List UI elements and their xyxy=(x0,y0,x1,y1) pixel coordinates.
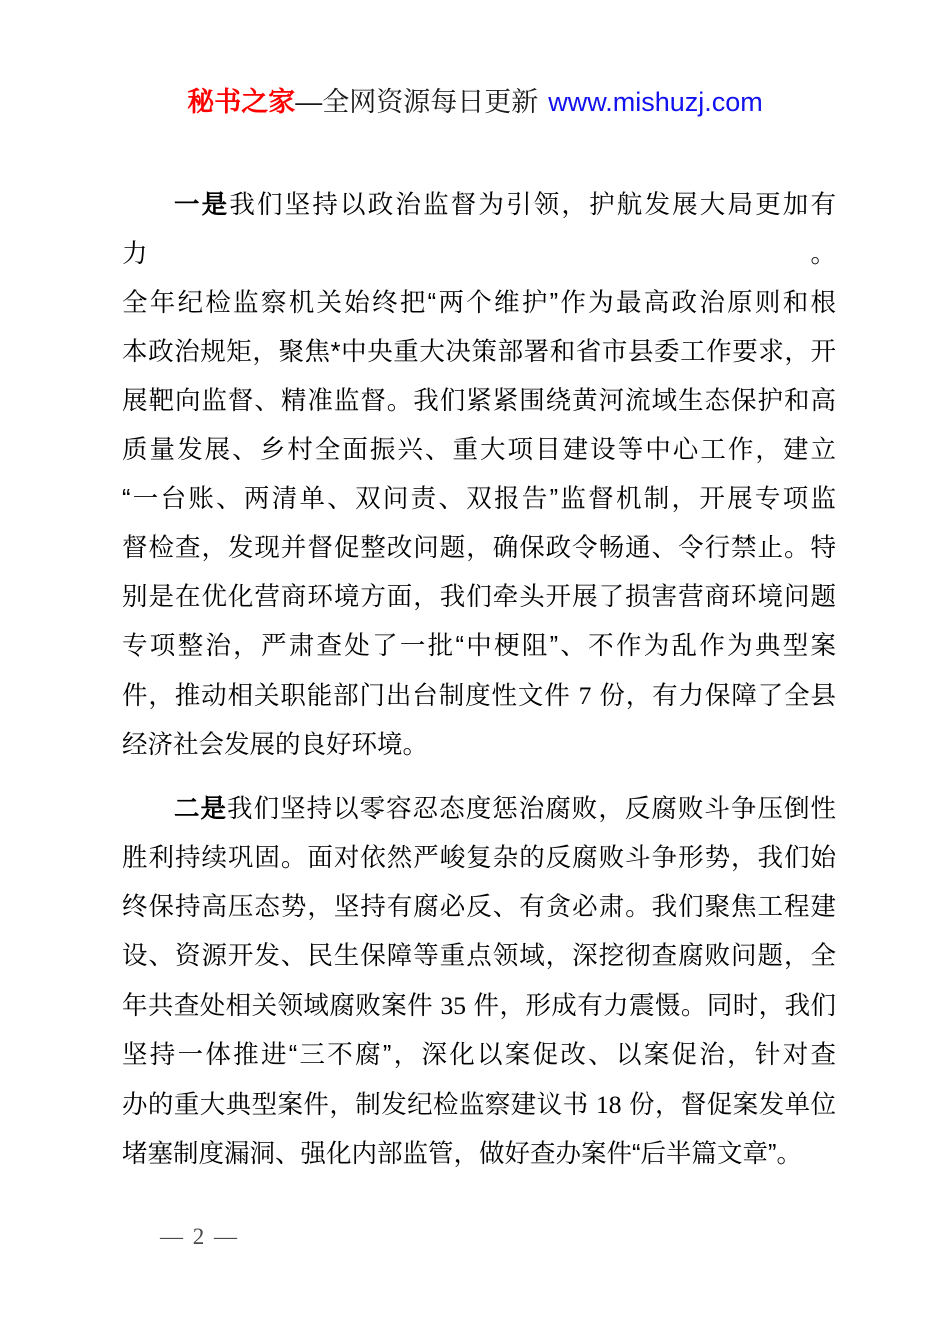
site-url-link[interactable]: www.mishuzj.com xyxy=(548,87,763,117)
site-header: 秘书之家—全网资源每日更新www.mishuzj.com xyxy=(0,84,950,120)
bold-lead: 一是 xyxy=(174,191,229,219)
text-line: 设、资源开发、民生保障等重点领域，深挖彻查腐败问题，全 xyxy=(122,932,836,981)
text-line: 件，推动相关职能部门出台制度性文件 7 份，有力保障了全县 xyxy=(122,671,836,721)
text-line: 专项整治，严肃查处了一批“中梗阻”、不作为乱作为典型案 xyxy=(122,622,836,671)
text-line: 一是我们坚持以政治监督为引领，护航发展大局更加有力。 xyxy=(122,181,836,279)
bold-lead: 二是 xyxy=(174,795,227,823)
text-line: 年共查处相关领域腐败案件 35 件，形成有力震慑。同时，我们 xyxy=(122,981,836,1031)
site-tagline: 全网资源每日更新 xyxy=(322,87,538,117)
paragraph: 二是我们坚持以零容忍态度惩治腐败，反腐败斗争压倒性胜利持续巩固。面对依然严峻复杂… xyxy=(122,785,836,1179)
serif-number: 7 xyxy=(579,681,592,710)
page-footer: — 2 — xyxy=(160,1222,239,1252)
serif-number: 18 xyxy=(596,1090,622,1119)
text-line: 展靶向监督、精准监督。我们紧紧围绕黄河流域生态保护和高 xyxy=(122,377,836,426)
text-line: 经济社会发展的良好环境。 xyxy=(122,721,836,770)
paragraph: 一是我们坚持以政治监督为引领，护航发展大局更加有力。全年纪检监察机关始终把“两个… xyxy=(122,181,836,770)
text-line: 全年纪检监察机关始终把“两个维护”作为最高政治原则和根 xyxy=(122,279,836,328)
text-line: 堵塞制度漏洞、强化内部监管，做好查办案件“后半篇文章”。 xyxy=(122,1130,836,1179)
serif-number: 35 xyxy=(441,991,467,1020)
site-name: 秘书之家 xyxy=(187,87,295,117)
text-line: 胜利持续巩固。面对依然严峻复杂的反腐败斗争形势，我们始 xyxy=(122,834,836,883)
header-separator: — xyxy=(295,87,322,117)
document-body: 一是我们坚持以政治监督为引领，护航发展大局更加有力。全年纪检监察机关始终把“两个… xyxy=(122,181,836,1194)
text-line: 坚持一体推进“三不腐”，深化以案促改、以案促治，针对查 xyxy=(122,1031,836,1080)
text-line: 办的重大典型案件，制发纪检监察建议书 18 份，督促案发单位 xyxy=(122,1080,836,1130)
text-line: 质量发展、乡村全面振兴、重大项目建设等中心工作，建立 xyxy=(122,426,836,475)
text-line: 别是在优化营商环境方面，我们牵头开展了损害营商环境问题 xyxy=(122,573,836,622)
document-page: 秘书之家—全网资源每日更新www.mishuzj.com 一是我们坚持以政治监督… xyxy=(0,0,950,1344)
text-line: 二是我们坚持以零容忍态度惩治腐败，反腐败斗争压倒性 xyxy=(122,785,836,834)
page-number: — 2 — xyxy=(160,1224,239,1249)
text-line: 终保持高压态势，坚持有腐必反、有贪必肃。我们聚焦工程建 xyxy=(122,883,836,932)
text-line: 督检查，发现并督促整改问题，确保政令畅通、令行禁止。特 xyxy=(122,524,836,573)
text-line: “一台账、两清单、双问责、双报告”监督机制，开展专项监 xyxy=(122,475,836,524)
text-line: 本政治规矩，聚焦*中央重大决策部署和省市县委工作要求，开 xyxy=(122,328,836,377)
